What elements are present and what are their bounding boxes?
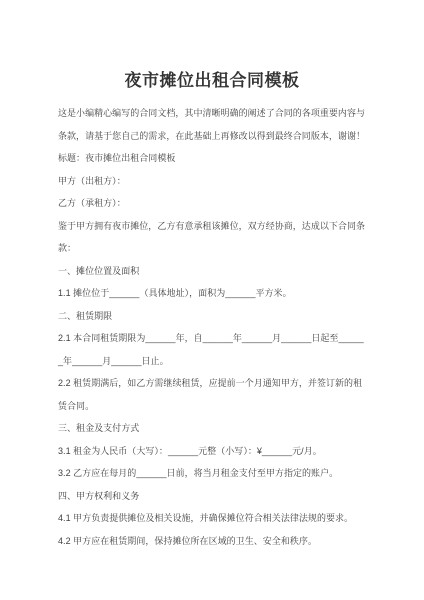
clause-1-1: 1.1 摊位位于______（具体地址），面积为______平方米。 [58, 282, 366, 305]
party-a-line: 甲方（出租方）： [58, 170, 366, 193]
clause-3-2: 3.2 乙方应在每月的______日前，将当月租金支付至甲方指定的账户。 [58, 462, 366, 485]
document-title: 夜市摊位出租合同模板 [58, 68, 366, 94]
clause-4-2: 4.2 甲方应在租赁期间，保持摊位所在区域的卫生、安全和秩序。 [58, 530, 366, 553]
contract-intro: 这是小编精心编写的合同文档，其中清晰明确的阐述了合同的各项重要内容与条款，请基于… [58, 102, 366, 147]
section-4-heading: 四、甲方权利和义务 [58, 485, 366, 508]
contract-preamble: 鉴于甲方拥有夜市摊位，乙方有意承租该摊位，双方经协商，达成以下合同条款： [58, 215, 366, 260]
clause-3-1: 3.1 租金为人民币（大写）：______元整（小写）：¥______元/月。 [58, 440, 366, 463]
party-b-line: 乙方（承租方）： [58, 192, 366, 215]
contract-document-page: 夜市摊位出租合同模板 这是小编精心编写的合同文档，其中清晰明确的阐述了合同的各项… [0, 0, 424, 600]
clause-2-1: 2.1 本合同租赁期限为______年，自______年______月_____… [58, 327, 366, 372]
clause-2-2: 2.2 租赁期满后，如乙方需继续租赁，应提前一个月通知甲方，并签订新的租赁合同。 [58, 372, 366, 417]
section-3-heading: 三、租金及支付方式 [58, 417, 366, 440]
section-1-heading: 一、摊位位置及面积 [58, 260, 366, 283]
clause-4-1: 4.1 甲方负责提供摊位及相关设施，并确保摊位符合相关法律法规的要求。 [58, 507, 366, 530]
section-2-heading: 二、租赁期限 [58, 305, 366, 328]
contract-meta-title: 标题：夜市摊位出租合同模板 [58, 147, 366, 170]
